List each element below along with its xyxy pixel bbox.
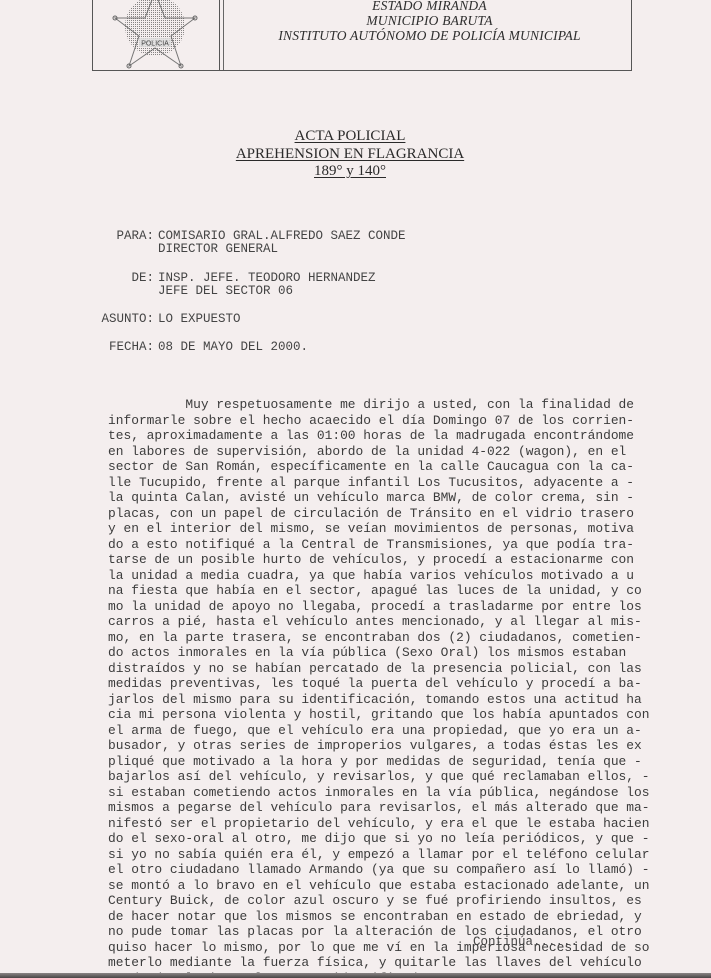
asunto-value: LO EXPUESTO [158, 313, 241, 326]
svg-text:POLICIA: POLICIA [141, 41, 169, 48]
body-line: bajarlos así del vehículo, y revisarlos,… [108, 769, 698, 785]
para-label: PARA: [88, 230, 154, 243]
body-line: pliqué que motivado a la hora y por medi… [108, 754, 698, 770]
body-line: busador, y otras series de improperios v… [108, 738, 698, 754]
body-line: tes, aproximadamente a las 01:00 horas d… [108, 428, 698, 444]
body-line: la quinta Calan, avisté un vehículo marc… [108, 490, 698, 506]
de-label: DE: [88, 272, 154, 285]
body-line: do a esto notifiqué a la Central de Tran… [108, 537, 698, 553]
body-line: medidas preventivas, les toqué la puerta… [108, 676, 698, 692]
body-line: placas, con un papel de circulación de T… [108, 506, 698, 522]
body-line: mismos a pegarse del vehículo para revis… [108, 800, 698, 816]
body-line: Muy respetuosamente me dirijo a usted, c… [108, 397, 698, 413]
body-line: en labores de supervisión, abordo de la … [108, 444, 698, 460]
body-line: no pude tomar las placas por la alteraci… [108, 924, 698, 940]
body-line: do actos inmorales en la vía pública (Se… [108, 645, 698, 661]
letterhead-municipality: MUNICIPIO BARUTA [228, 13, 631, 28]
asunto-label: ASUNTO: [88, 313, 154, 326]
body-line: distraídos y no se habían percatado de l… [108, 661, 698, 677]
body-line: na fiesta que había en el sector, apagué… [108, 583, 698, 599]
para-value-2: DIRECTOR GENERAL [158, 243, 278, 256]
continued-marker: Continúa...... [473, 935, 578, 949]
letterhead-institute: INSTITUTO AUTÓNOMO DE POLICÍA MUNICIPAL [228, 28, 631, 43]
body-line: el arma de fuego, que el vehículo era un… [108, 723, 698, 739]
document-title: ACTA POLICIAL APREHENSION EN FLAGRANCIA … [200, 128, 500, 181]
body-line: lle Tucupido, frente al parque infantil … [108, 475, 698, 491]
title-articles: 189° y 140° [200, 163, 500, 181]
body-line: mo la unidad de apoyo no llegaba, proced… [108, 599, 698, 615]
letterhead: POLICIA ESTADO MIRANDA MUNICIPIO BARUTA … [92, 0, 632, 71]
body-line: quiso hacer lo mismo, por lo que me ví e… [108, 940, 698, 956]
body-line: do el sexo-oral al otro, me dijo que si … [108, 831, 698, 847]
body-line: cia mi persona violenta y hostil, gritan… [108, 707, 698, 723]
body-line: tarse de un posible hurto de vehículos, … [108, 552, 698, 568]
body-line: y en el interior del mismo, se veían mov… [108, 521, 698, 537]
body-line: meterlo mediante la fuerza física, y qui… [108, 955, 698, 971]
body-line: se montó a lo bravo en el vehículo que e… [108, 878, 698, 894]
body-line: si yo no sabía quién era él, y empezó a … [108, 847, 698, 863]
title-acta-policial: ACTA POLICIAL [200, 128, 500, 146]
scan-edge [0, 973, 711, 978]
body-line: Century Buick, de color azul oscuro y se… [108, 893, 698, 909]
body-line: jarlos del mismo para su identificación,… [108, 692, 698, 708]
police-star-badge-icon: POLICIA [105, 0, 205, 70]
letterhead-text: ESTADO MIRANDA MUNICIPIO BARUTA INSTITUT… [228, 0, 631, 43]
body-line: carros a pié, hasta el vehículo antes me… [108, 614, 698, 630]
body-line: informarle sobre el hecho acaecido el dí… [108, 413, 698, 429]
body-line: si estaban cometiendo actos inmorales en… [108, 785, 698, 801]
body-line: de hacer notar que los mismos se encontr… [108, 909, 698, 925]
de-value-2: JEFE DEL SECTOR 06 [158, 285, 293, 298]
body-line: nifestó ser el propietario del vehículo,… [108, 816, 698, 832]
body-line: mo, en la parte trasera, se encontraban … [108, 630, 698, 646]
letterhead-state: ESTADO MIRANDA [228, 0, 631, 13]
fecha-label: FECHA: [88, 341, 154, 354]
logo-box: POLICIA [93, 0, 220, 70]
body-line: el otro ciudadano llamado Armando (ya qu… [108, 862, 698, 878]
report-body: Muy respetuosamente me dirijo a usted, c… [108, 397, 698, 978]
body-line: sector de San Román, específicamente en … [108, 459, 698, 475]
body-line: la unidad a media cuadra, ya que había v… [108, 568, 698, 584]
title-aprehension: APREHENSION EN FLAGRANCIA [200, 146, 500, 164]
fecha-value: 08 DE MAYO DEL 2000. [158, 341, 308, 354]
